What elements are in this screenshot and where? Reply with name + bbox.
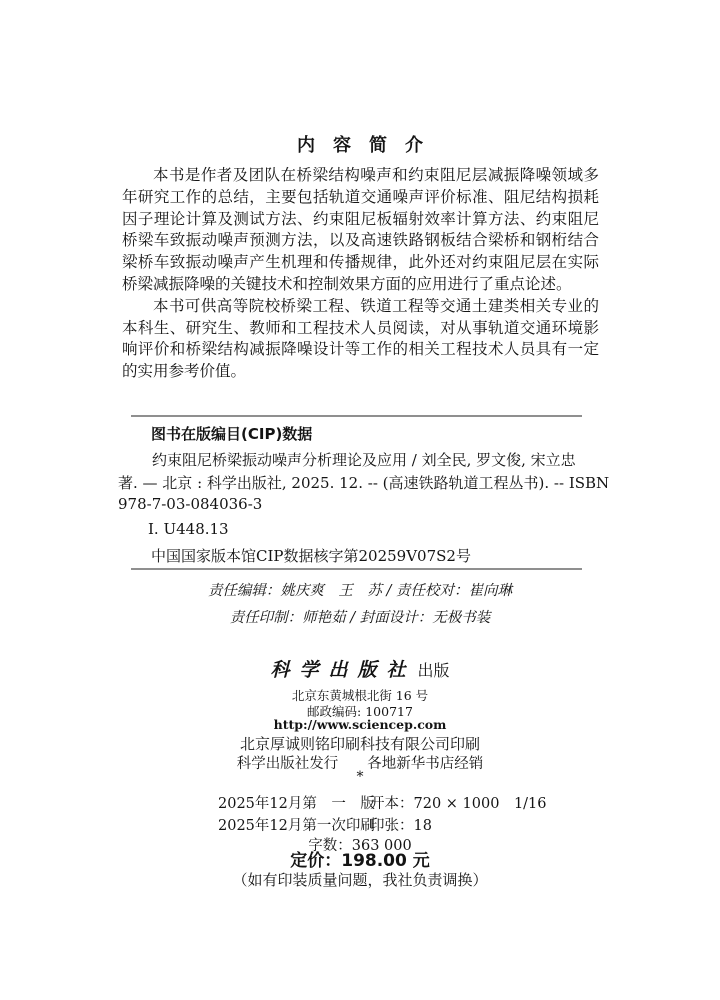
divider-top [131,415,582,417]
intro-title: 内 容 简 介 [0,131,720,157]
science-press-logo: 科学出版社 [270,659,415,681]
sheets-info: 印张：18 [370,814,432,835]
staff-credits: 责任编辑：姚庆爽 王 苏 / 责任校对：崔向琳 责任印制：师艳茹 / 封面设计：… [0,578,720,631]
impression-info: 2025年12月第一次印刷 [218,814,370,835]
cip-registry-number: 中国国家版本馆CIP数据核字第20259V07S2号 [151,545,471,566]
price: 定价：198.00 元 [0,846,720,871]
cip-record-line-1: 约束阻尼桥梁振动噪声分析理论及应用 / 刘全民, 罗文俊, 宋立忠 [152,449,576,470]
publisher-url: http://www.sciencep.com [0,717,720,732]
quality-notice: （如有印装质量问题，我社负责调换） [0,869,720,890]
format-info: 开本：720 × 1000 1/16 [370,792,547,813]
credits-editors-line: 责任编辑：姚庆爽 王 苏 / 责任校对：崔向琳 [0,578,720,605]
cip-header: 图书在版编目(CIP)数据 [151,423,312,444]
intro-paragraph-1: 本书是作者及团队在桥梁结构噪声和约束阻尼层减振降噪领域多年研究工作的总结，主要包… [122,165,599,296]
cip-record-line-2: 著. — 北京 : 科学出版社, 2025. 12. -- (高速铁路轨道工程丛… [118,472,609,493]
edition-format-line: 2025年12月第 一 版 开本：720 × 1000 1/16 [218,792,547,813]
impression-sheets-line: 2025年12月第一次印刷 印张：18 [218,814,432,835]
printer-name: 北京厚诚则铭印刷科技有限公司印刷 [0,733,720,754]
cip-classification-number: Ⅰ. U448.13 [148,520,229,538]
publisher-suffix: 出版 [418,661,450,680]
divider-bottom [131,568,582,570]
cip-isbn: 978-7-03-084036-3 [118,495,262,513]
separator-asterisk: * [0,769,720,785]
edition-info: 2025年12月第 一 版 [218,792,370,813]
intro-body: 本书是作者及团队在桥梁结构噪声和约束阻尼层减振降噪领域多年研究工作的总结，主要包… [122,165,599,383]
credits-print-design-line: 责任印制：师艳茹 / 封面设计：无极书装 [0,605,720,632]
intro-paragraph-2: 本书可供高等院校桥梁工程、铁道工程等交通土建类相关专业的本科生、研究生、教师和工… [122,296,599,383]
publisher-line: 科学出版社出版 [0,655,720,682]
book-copyright-page: 内 容 简 介 本书是作者及团队在桥梁结构噪声和约束阻尼层减振降噪领域多年研究工… [0,0,720,1000]
